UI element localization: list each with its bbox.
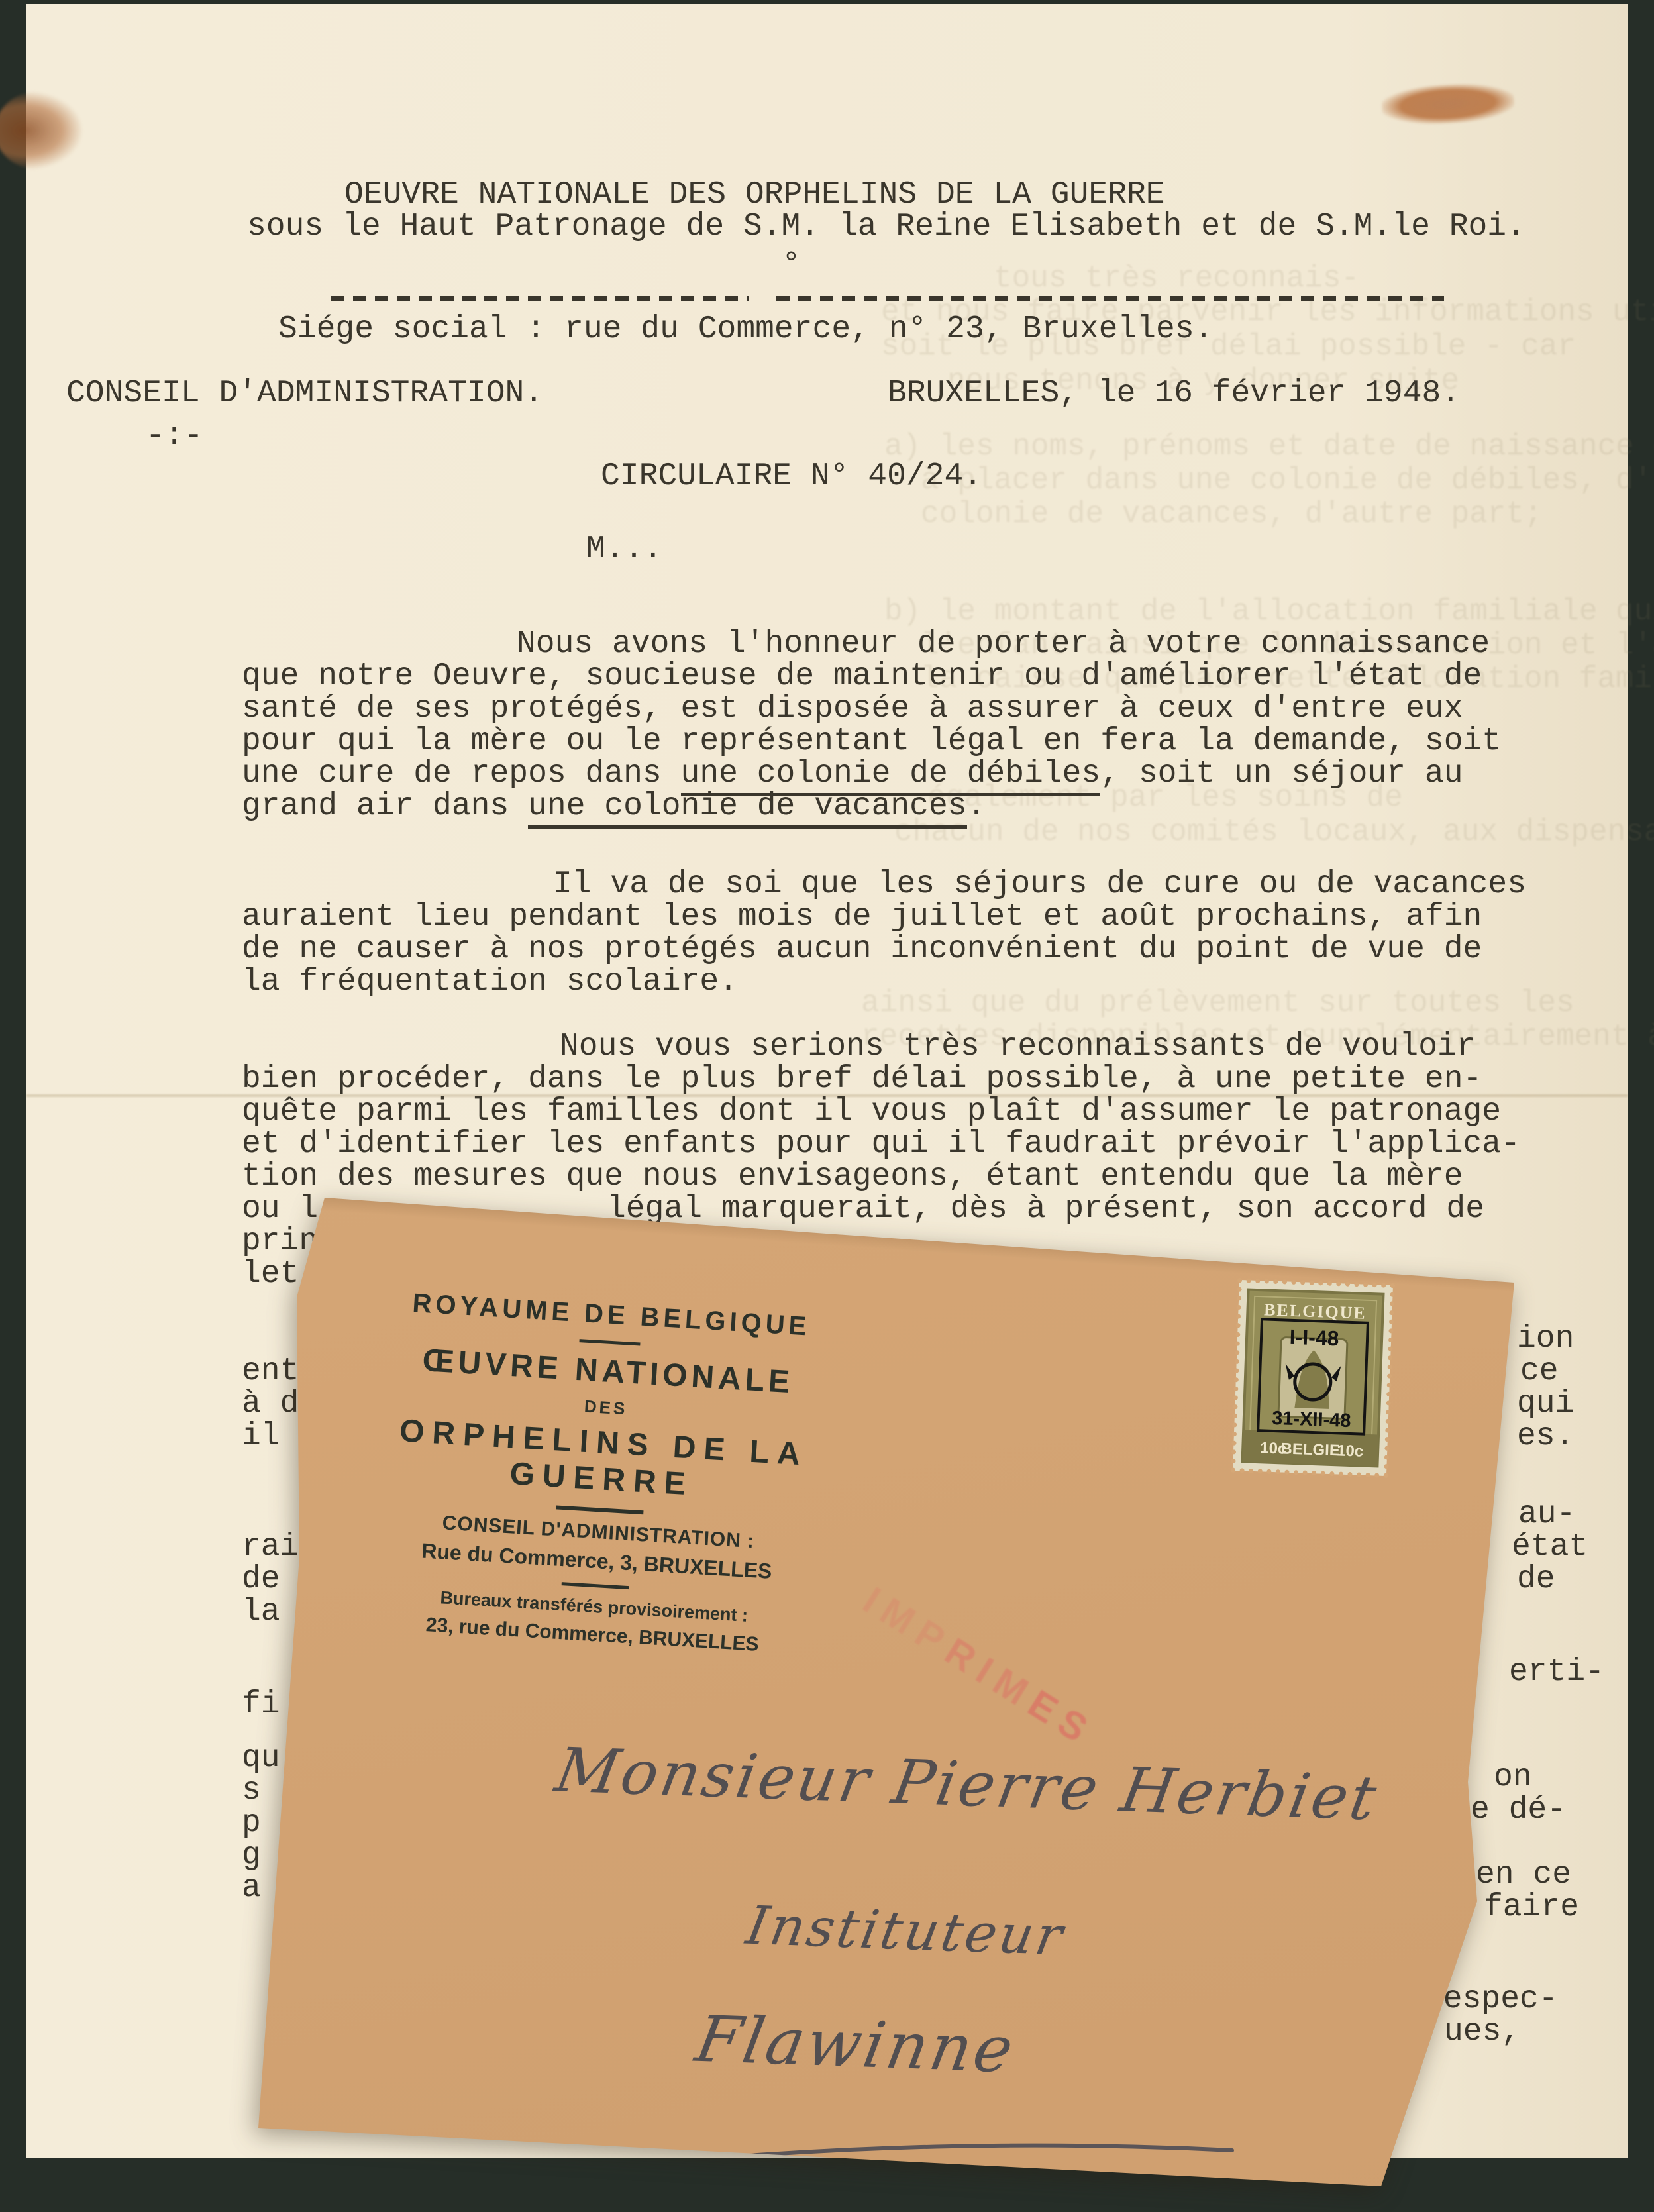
envelope-wrapper: ROYAUME DE BELGIQUE ŒUVRE NATIONALE DES … (0, 0, 1654, 2212)
handwritten-underline (689, 2132, 1239, 2172)
stamp-precancel-bottom: 31-XII-48 (1272, 1408, 1351, 1432)
envelope-rule-3 (562, 1582, 629, 1589)
postage-stamp-art: BELGIQUE 10c BELGIE 10c I-I-48 31-XII-48 (1233, 1280, 1393, 1476)
stamp-name: BELGIE (1280, 1440, 1340, 1459)
envelope-edge-shadow (303, 1192, 1521, 1292)
envelope-rule-1 (579, 1339, 640, 1345)
handwritten-locality: Flawinne (690, 2002, 1021, 2087)
handwritten-title: Instituteur (742, 1895, 1070, 1967)
postage-stamp: BELGIQUE 10c BELGIE 10c I-I-48 31-XII-48 (1233, 1280, 1393, 1476)
envelope-royaume: ROYAUME DE BELGIQUE (333, 1284, 890, 1347)
handwritten-addressee: Monsieur Pierre Herbiet (550, 1735, 1384, 1834)
scanned-document: tous très reconnais-et nous faire parven… (0, 0, 1654, 2212)
envelope: ROYAUME DE BELGIQUE ŒUVRE NATIONALE DES … (0, 0, 1654, 2212)
stamp-value-right: 10c (1337, 1442, 1364, 1460)
envelope-rule-2 (556, 1505, 643, 1514)
stamp-precancel-top: I-I-48 (1289, 1325, 1339, 1351)
